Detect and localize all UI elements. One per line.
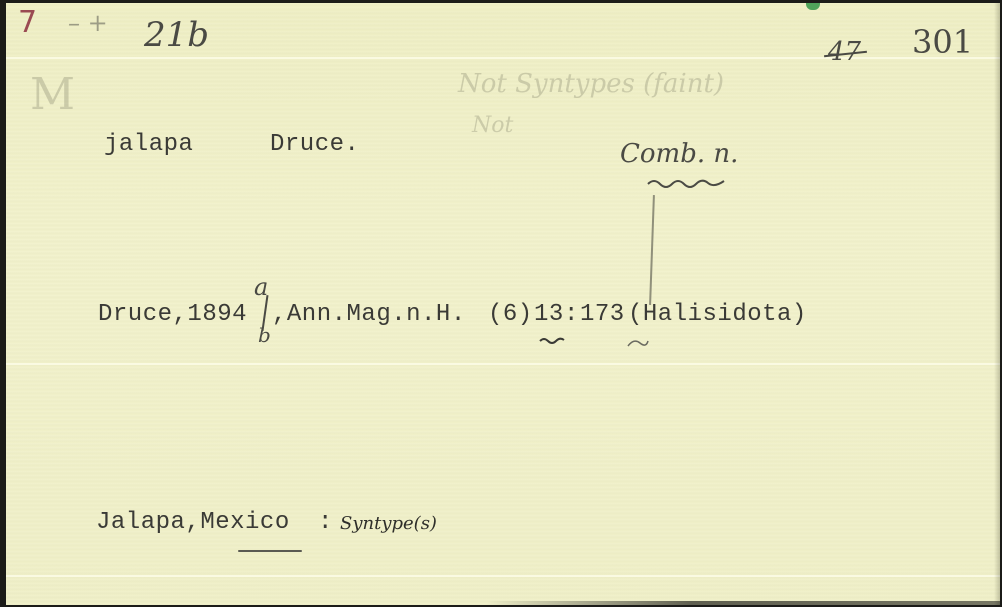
- year-suffix-b: b: [258, 323, 271, 347]
- locality-separator: :: [318, 509, 333, 536]
- red-card-number: 7: [18, 5, 37, 40]
- type-status: Syntype(s): [340, 513, 437, 534]
- tilde-mark-icon: [626, 337, 650, 349]
- citation-page-separator: :: [564, 301, 579, 328]
- locality-underline: [238, 550, 302, 552]
- card-edge-shadow: [994, 3, 1000, 605]
- card-code: 21b: [144, 15, 209, 55]
- card-bottom-shadow: [486, 601, 1000, 605]
- species-author: Druce.: [270, 131, 359, 158]
- pencil-marks: – +: [68, 9, 108, 37]
- citation-journal: ,Ann.Mag.n.H.: [272, 301, 466, 328]
- index-card: 7 – + 21b M 47 301 Not Syntypes (faint) …: [6, 3, 1000, 605]
- comb-n-note: Comb. n.: [620, 139, 738, 169]
- wavy-underline-icon: [646, 175, 728, 189]
- citation-series: (6): [488, 301, 533, 328]
- pencil-connector-line: [649, 195, 655, 305]
- species-name: jalapa: [104, 131, 193, 158]
- faint-margin-mark: M: [30, 69, 75, 120]
- citation-genus: (Halisidota): [628, 301, 807, 328]
- faint-pencil-note: Not Syntypes (faint): [458, 69, 724, 99]
- card-rule-line: [6, 363, 1000, 365]
- citation-volume: 13: [534, 301, 564, 328]
- card-number: 301: [912, 23, 973, 61]
- locality-place: Jalapa,Mexico: [96, 509, 290, 536]
- faint-pencil-note-2: Not: [472, 113, 513, 138]
- volume-wavy-underline-icon: [538, 335, 566, 345]
- citation-page: 173: [580, 301, 625, 328]
- struck-number: 47: [828, 37, 861, 67]
- card-rule-line: [6, 575, 1000, 577]
- green-tab-marker: [806, 3, 820, 10]
- citation-author-year: Druce,1894: [98, 301, 247, 328]
